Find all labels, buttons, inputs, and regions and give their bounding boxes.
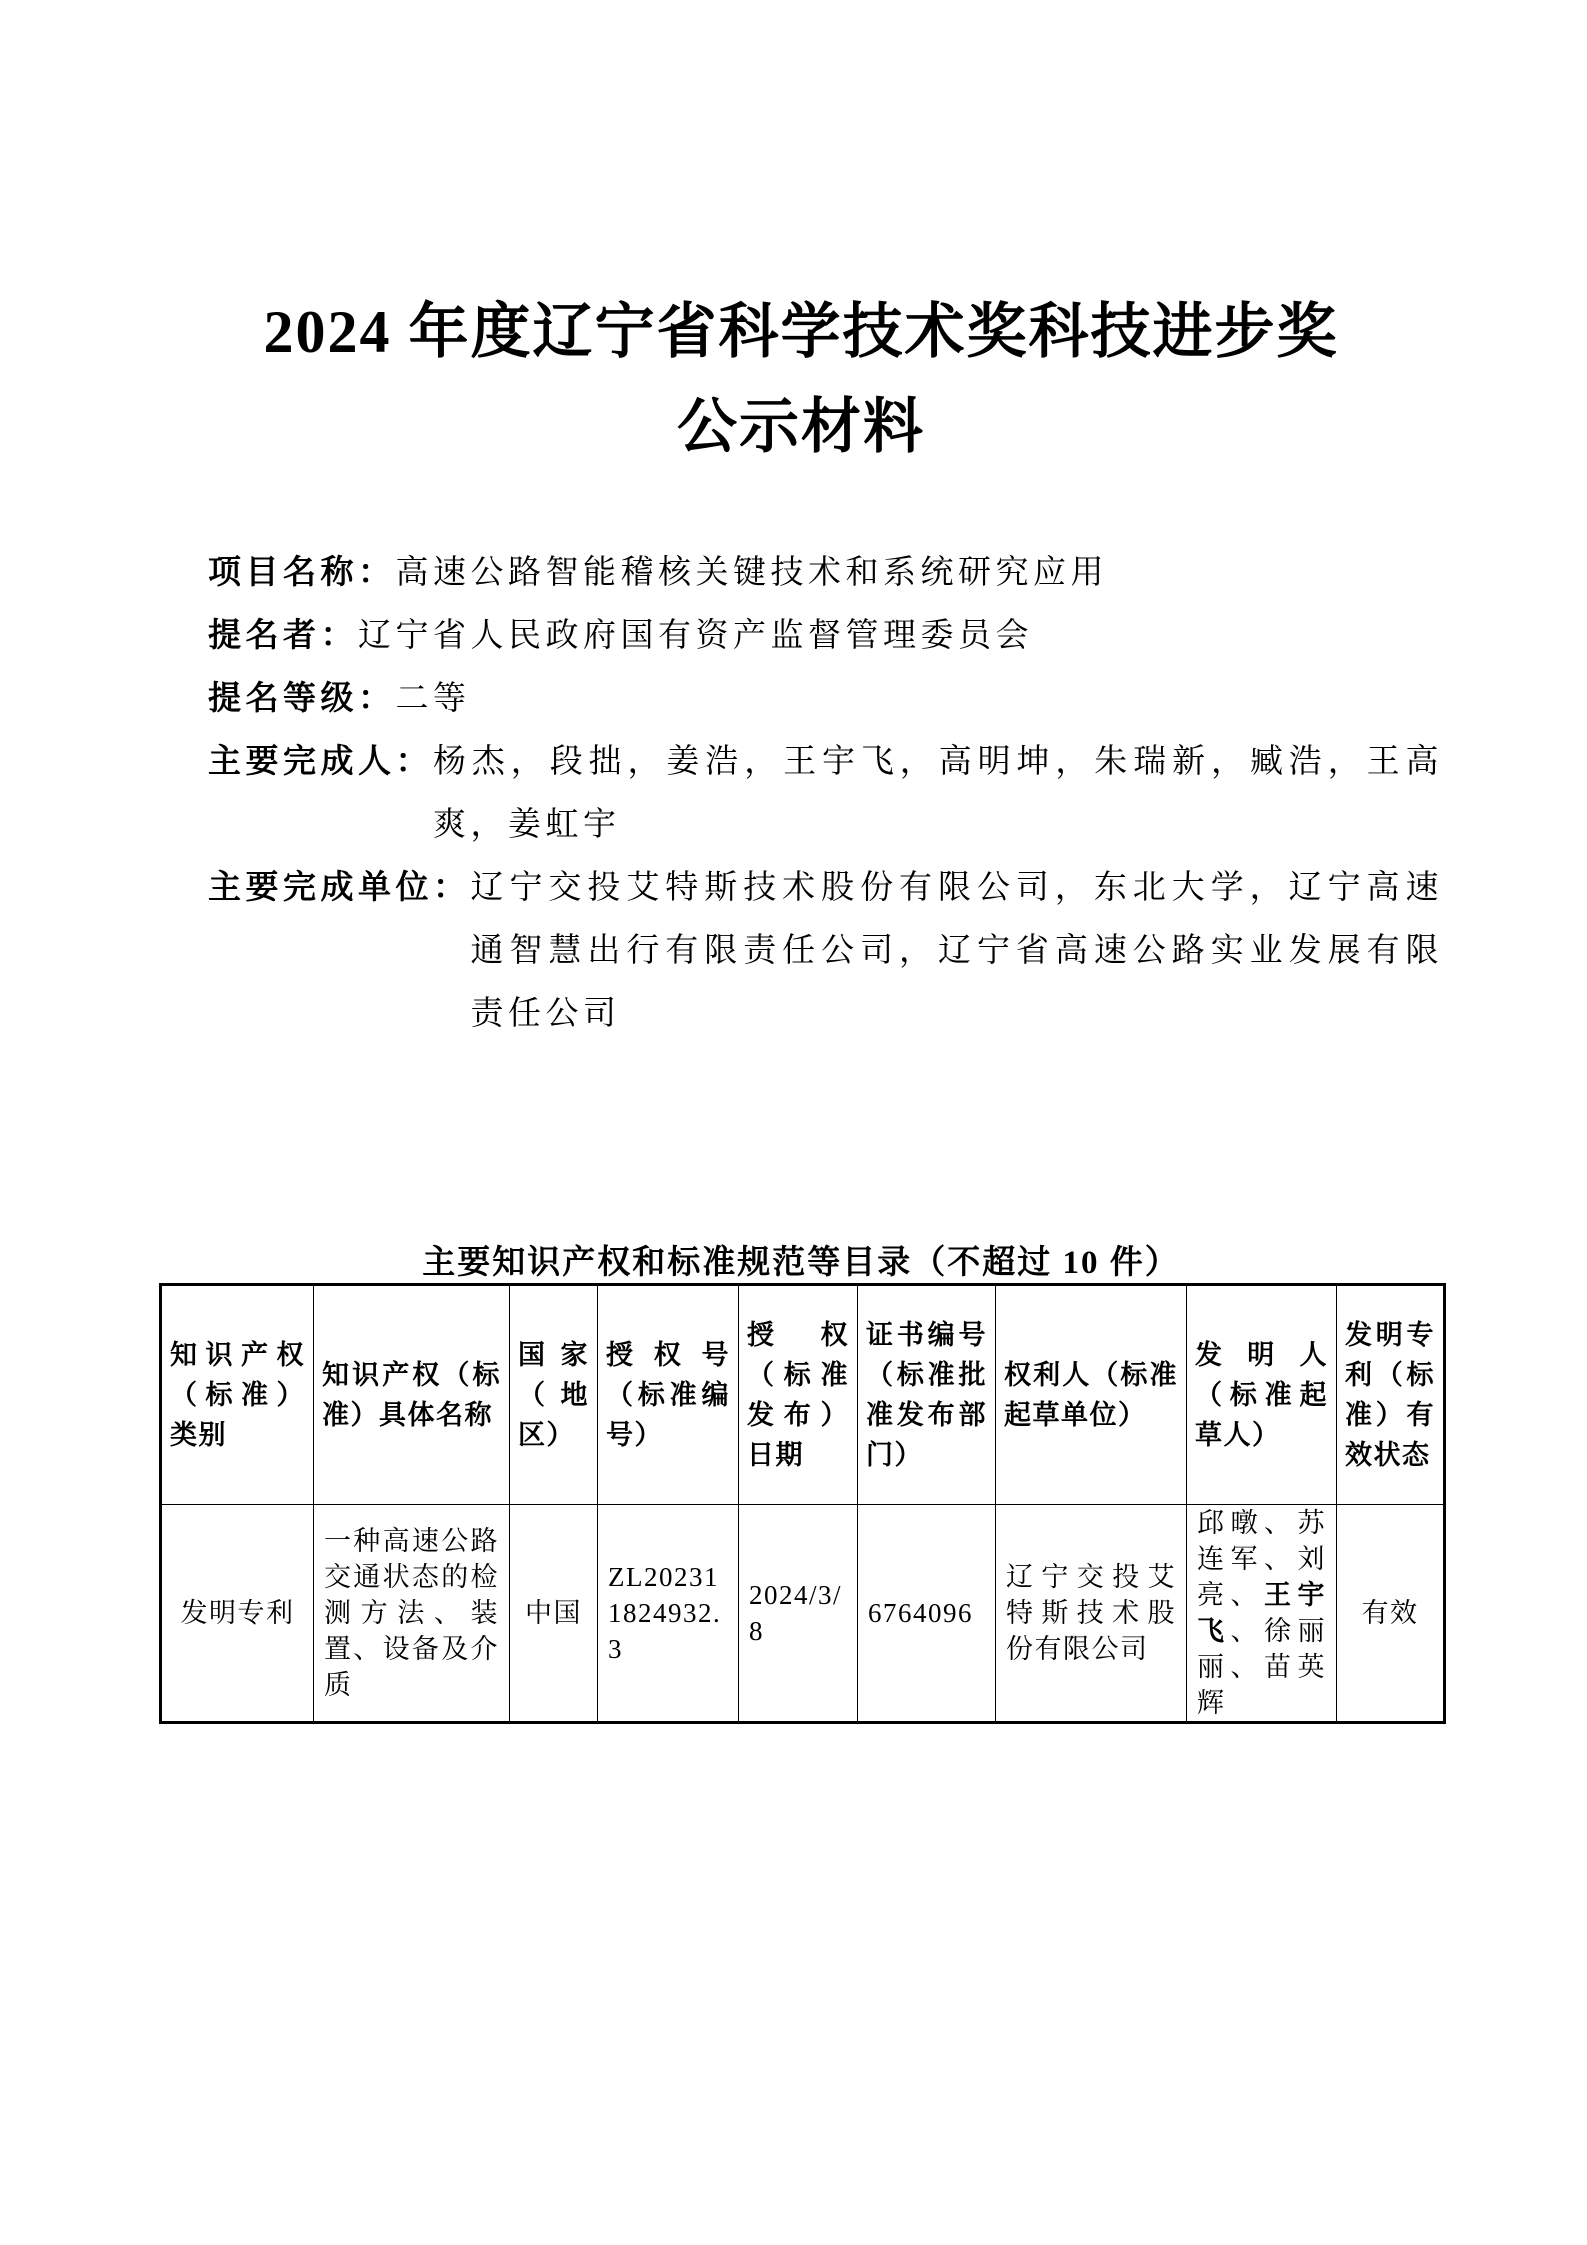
nomination-grade-field: 提名等级： 二等 [208, 668, 1443, 731]
main-completers-field: 主要完成人： 杨杰，段拙，姜浩，王宇飞，高明坤，朱瑞新，臧浩，王高爽，姜虹宇 [208, 731, 1443, 857]
header-grant-date: 授权（标准发布）日期 [739, 1285, 858, 1505]
field-label: 项目名称： [208, 542, 396, 605]
header-country: 国家（地区） [510, 1285, 598, 1505]
field-value: 二等 [396, 668, 1444, 731]
field-value: 辽宁交投艾特斯技术股份有限公司，东北大学，辽宁高速通智慧出行有限责任公司，辽宁省… [471, 857, 1444, 1046]
header-grant-number: 授权号（标准编号） [598, 1285, 739, 1505]
header-name: 知识产权（标准）具体名称 [314, 1285, 510, 1505]
field-value: 高速公路智能稽核关键技术和系统研究应用 [396, 542, 1444, 605]
patent-name-cell: 一种高速公路交通状态的检测方法、装置、设备及介质 [314, 1505, 510, 1723]
ip-table-header-row: 知识产权（标准）类别 知识产权（标准）具体名称 国家（地区） 授权号（标准编号）… [161, 1285, 1445, 1505]
patent-row: 发明专利 一种高速公路交通状态的检测方法、装置、设备及介质 中国 ZL20231… [161, 1505, 1445, 1723]
main-units-field: 主要完成单位： 辽宁交投艾特斯技术股份有限公司，东北大学，辽宁高速通智慧出行有限… [208, 857, 1443, 1046]
ip-table-title: 主要知识产权和标准规范等目录（不超过 10 件） [159, 1243, 1443, 1283]
header-status: 发明专利（标准）有效状态 [1337, 1285, 1445, 1505]
project-name-field: 项目名称： 高速公路智能稽核关键技术和系统研究应用 [208, 542, 1443, 605]
inventor-name: 邱暾 [1197, 1508, 1264, 1538]
patent-category-cell: 发明专利 [161, 1505, 314, 1723]
header-category: 知识产权（标准）类别 [161, 1285, 314, 1505]
summary-fields: 项目名称： 高速公路智能稽核关键技术和系统研究应用 提名者： 辽宁省人民政府国有… [208, 542, 1443, 1046]
field-value: 杨杰，段拙，姜浩，王宇飞，高明坤，朱瑞新，臧浩，王高爽，姜虹宇 [433, 731, 1443, 857]
header-certificate-number: 证书编号（标准批准发布部门） [858, 1285, 996, 1505]
field-value: 辽宁省人民政府国有资产监督管理委员会 [358, 605, 1443, 668]
header-rights-holder: 权利人（标准起草单位） [996, 1285, 1187, 1505]
rights-holder-cell: 辽宁交投艾特斯技术股份有限公司 [996, 1505, 1187, 1723]
patent-country-cell: 中国 [510, 1505, 598, 1723]
nominator-field: 提名者： 辽宁省人民政府国有资产监督管理委员会 [208, 605, 1443, 668]
grant-date-cell: 2024/3/8 [739, 1505, 858, 1723]
document-title: 2024 年度辽宁省科学技术奖科技进步奖 公示材料 [159, 285, 1443, 475]
field-label: 主要完成人： [208, 731, 433, 857]
inventors-cell: 邱暾、苏连军、刘亮、王宇飞、徐丽丽、苗英辉 [1187, 1505, 1337, 1723]
title-line-1: 2024 年度辽宁省科学技术奖科技进步奖 [159, 285, 1443, 380]
ip-table: 知识产权（标准）类别 知识产权（标准）具体名称 国家（地区） 授权号（标准编号）… [159, 1283, 1446, 1724]
status-cell: 有效 [1337, 1505, 1445, 1723]
document-page: 2024 年度辽宁省科学技术奖科技进步奖 公示材料 项目名称： 高速公路智能稽核… [0, 0, 1587, 2245]
title-line-2: 公示材料 [159, 380, 1443, 475]
header-inventors: 发明人（标准起草人） [1187, 1285, 1337, 1505]
certificate-number-cell: 6764096 [858, 1505, 996, 1723]
field-label: 提名等级： [208, 668, 396, 731]
field-label: 提名者： [208, 605, 358, 668]
grant-number-cell: ZL202311824932.3 [598, 1505, 739, 1723]
field-label: 主要完成单位： [208, 857, 471, 1046]
